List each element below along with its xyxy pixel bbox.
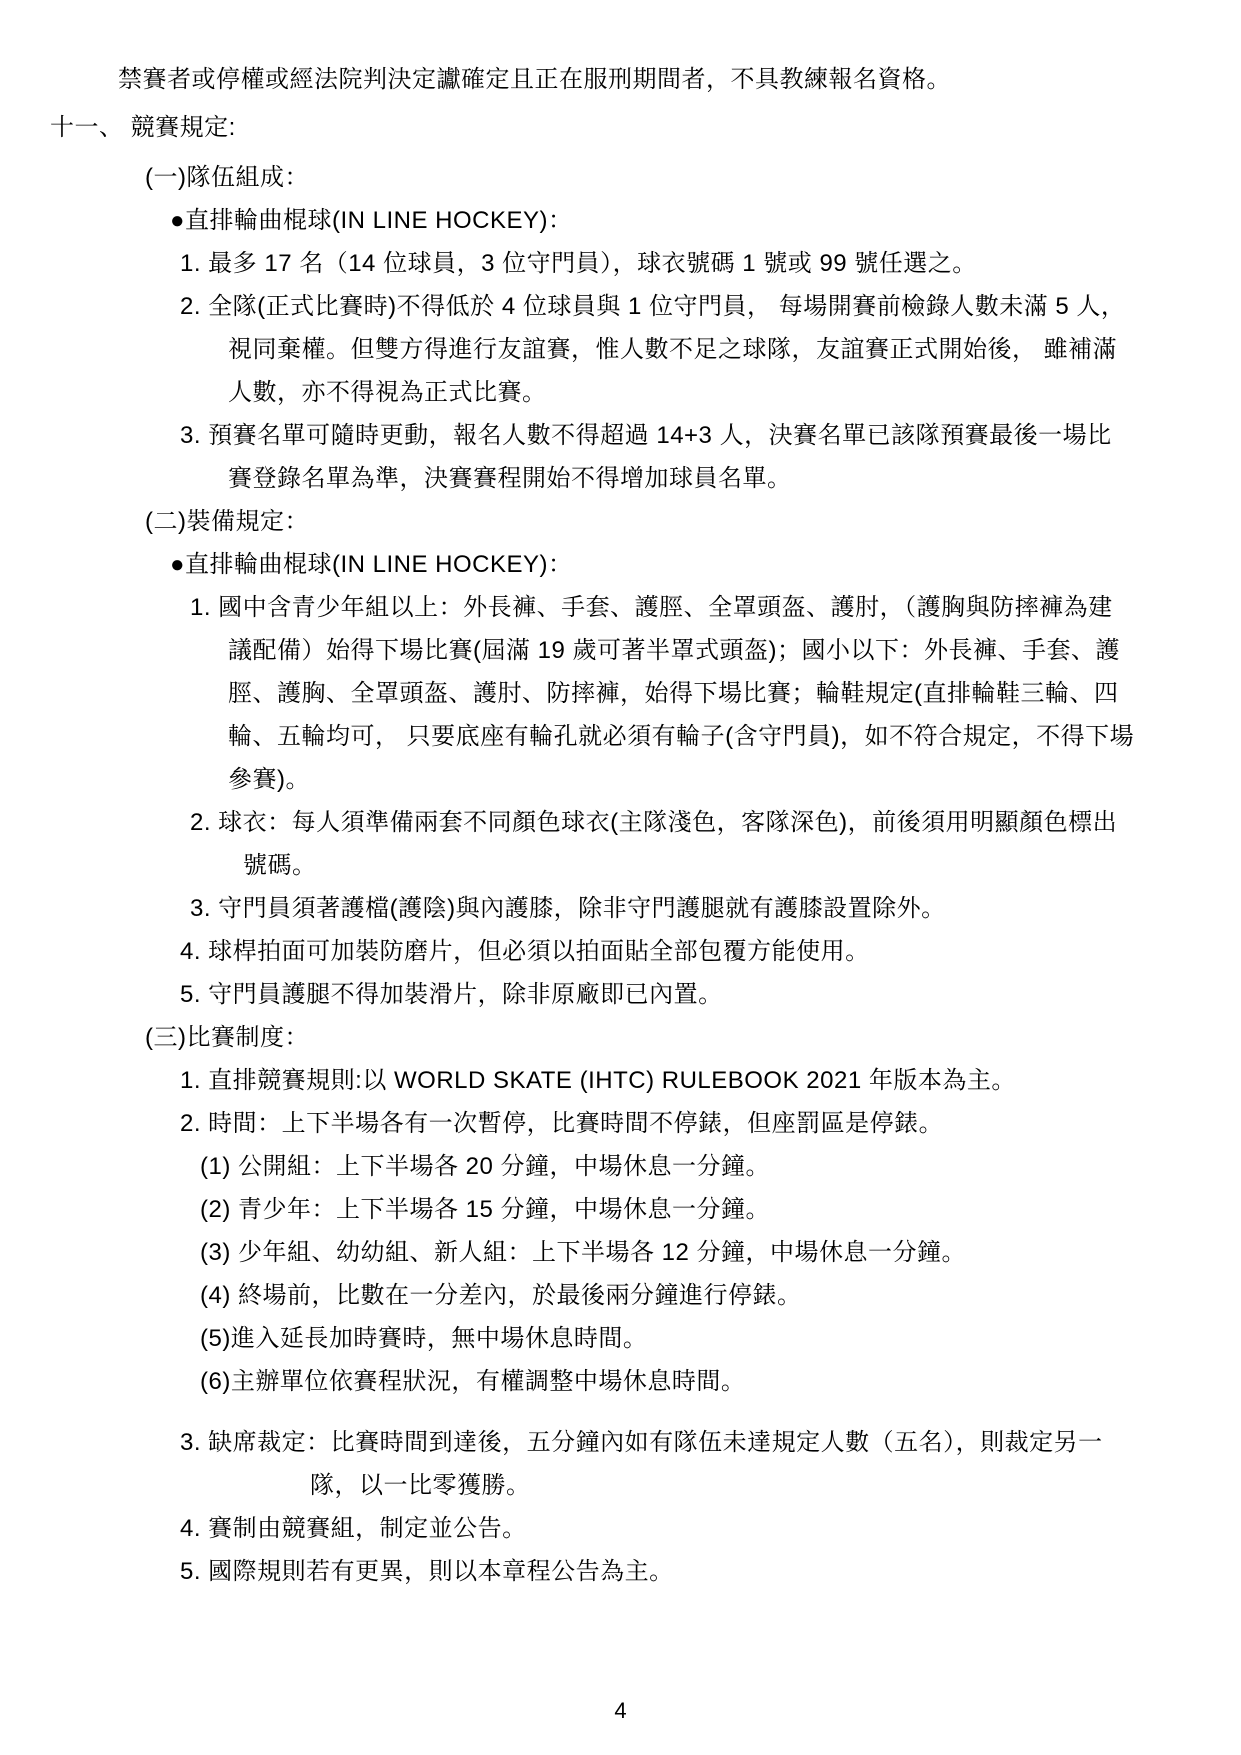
document-page: 禁賽者或停權或經法院判決定讞確定且正在服刑期間者，不具教練報名資格。十一、 競賽…: [0, 0, 1241, 1755]
line-subitem: (5)進入延長加時賽時，無中場休息時間。: [0, 1317, 1241, 1360]
line-subitem: (6)主辦單位依賽程狀況，有權調整中場休息時間。: [0, 1360, 1241, 1403]
line-item: 2. 球衣：每人須準備兩套不同顏色球衣(主隊淺色，客隊深色)，前後須用明顯顏色標…: [0, 801, 1241, 844]
line-section: (一)隊伍組成：: [0, 156, 1241, 199]
line-item: 5. 國際規則若有更異，則以本章程公告為主。: [0, 1550, 1241, 1593]
line-section: (三)比賽制度：: [0, 1016, 1241, 1059]
line-item: 5. 守門員護腿不得加裝滑片，除非原廠即已內置。: [0, 973, 1241, 1016]
line-heading: 十一、 競賽規定:: [0, 106, 1241, 149]
line-item: 4. 球桿拍面可加裝防磨片，但必須以拍面貼全部包覆方能使用。: [0, 930, 1241, 973]
line-bullet: ●直排輪曲棍球(IN LINE HOCKEY)：: [0, 199, 1241, 242]
line-continuation: 視同棄權。但雙方得進行友誼賽，惟人數不足之球隊，友誼賽正式開始後， 雖補滿: [0, 328, 1241, 371]
line-item: 2. 全隊(正式比賽時)不得低於 4 位球員與 1 位守門員， 每場開賽前檢錄人…: [0, 285, 1241, 328]
line-subitem: (3) 少年組、幼幼組、新人組：上下半場各 12 分鐘，中場休息一分鐘。: [0, 1231, 1241, 1274]
line-item: 2. 時間：上下半場各有一次暫停，比賽時間不停錶，但座罰區是停錶。: [0, 1102, 1241, 1145]
line-continuation: 號碼。: [0, 844, 1241, 887]
line-section: (二)裝備規定：: [0, 500, 1241, 543]
line-item: 3. 預賽名單可隨時更動，報名人數不得超過 14+3 人，決賽名單已該隊預賽最後…: [0, 414, 1241, 457]
line-item: 1. 直排競賽規則:以 WORLD SKATE (IHTC) RULEBOOK …: [0, 1059, 1241, 1102]
line-item: 1. 國中含青少年組以上：外長褲、手套、護脛、全罩頭盔、護肘，（護胸與防摔褲為建: [0, 586, 1241, 629]
line-continuation: 隊，以一比零獲勝。: [0, 1464, 1241, 1507]
page-number: 4: [0, 1696, 1241, 1726]
line-item: 3. 缺席裁定：比賽時間到達後，五分鐘內如有隊伍未達規定人數（五名），則裁定另一: [0, 1421, 1241, 1464]
line-continuation: 脛、護胸、全罩頭盔、護肘、防摔褲，始得下場比賽；輪鞋規定(直排輪鞋三輪、四: [0, 672, 1241, 715]
line-subitem: (4) 終場前，比數在一分差內，於最後兩分鐘進行停錶。: [0, 1274, 1241, 1317]
document-body: 禁賽者或停權或經法院判決定讞確定且正在服刑期間者，不具教練報名資格。十一、 競賽…: [0, 58, 1241, 1593]
line-continuation: 輪、五輪均可， 只要底座有輪孔就必須有輪子(含守門員)，如不符合規定，不得下場: [0, 715, 1241, 758]
line-continuation: 議配備）始得下場比賽(屆滿 19 歲可著半罩式頭盔)；國小以下：外長褲、手套、護: [0, 629, 1241, 672]
line-bullet: ●直排輪曲棍球(IN LINE HOCKEY)：: [0, 543, 1241, 586]
line-continuation: 人數，亦不得視為正式比賽。: [0, 371, 1241, 414]
line-item: 1. 最多 17 名（14 位球員，3 位守門員），球衣號碼 1 號或 99 號…: [0, 242, 1241, 285]
line-item: 4. 賽制由競賽組，制定並公告。: [0, 1507, 1241, 1550]
line-continuation: 賽登錄名單為準，決賽賽程開始不得增加球員名單。: [0, 457, 1241, 500]
line-subitem: (1) 公開組：上下半場各 20 分鐘，中場休息一分鐘。: [0, 1145, 1241, 1188]
line-continuation: 參賽)。: [0, 758, 1241, 801]
line-intro: 禁賽者或停權或經法院判決定讞確定且正在服刑期間者，不具教練報名資格。: [0, 58, 1241, 101]
line-subitem: (2) 青少年：上下半場各 15 分鐘，中場休息一分鐘。: [0, 1188, 1241, 1231]
line-item: 3. 守門員須著護檔(護陰)與內護膝，除非守門護腿就有護膝設置除外。: [0, 887, 1241, 930]
